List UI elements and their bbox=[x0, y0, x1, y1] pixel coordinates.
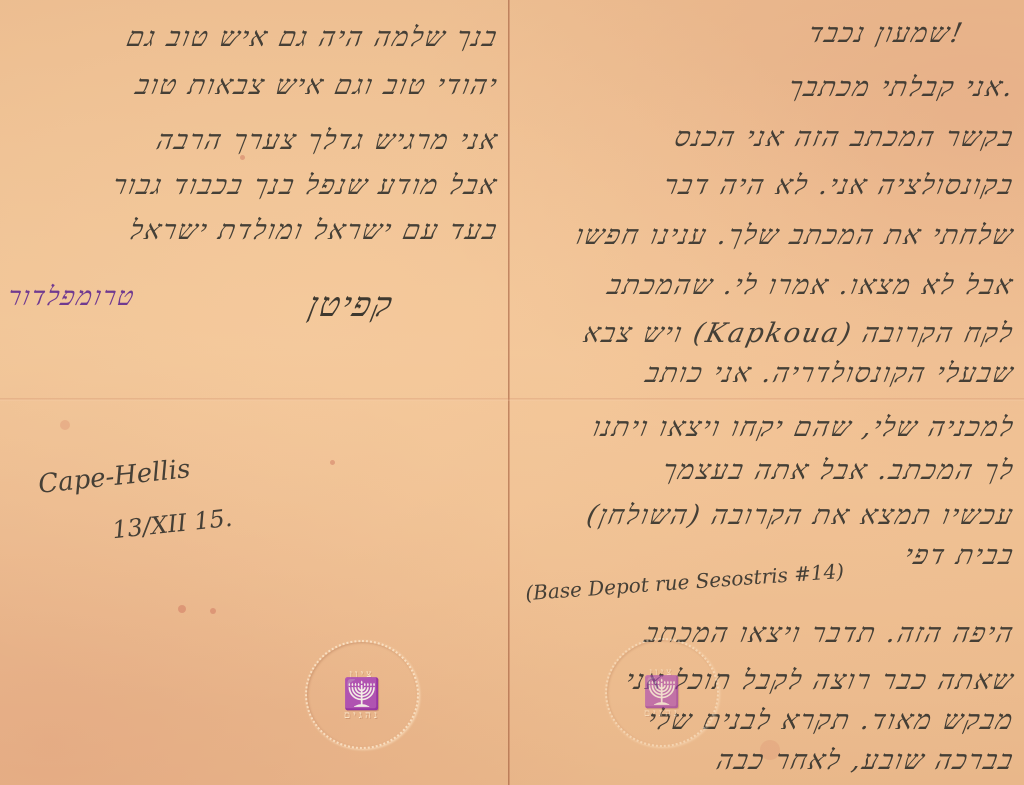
right-page: !שמעון נכבד .אני קבלתי מכתבך בקשר המכתב … bbox=[510, 0, 1024, 785]
letter-line: לך המכתב. אבל אתה בעצמך bbox=[659, 455, 1017, 486]
address-note: (Base Depot rue Sesostris #14) bbox=[525, 559, 845, 605]
letter-line: בקונסולציה אני. לא היה דבר bbox=[661, 170, 1017, 201]
letter-line: אבל לא מצאו. אמרו לי. שהמכתב bbox=[605, 270, 1017, 301]
letter-line: .אני קבלתי מכתבך bbox=[785, 72, 1017, 103]
letter-line: עכשיו תמצא את הקרובה (השולחן) bbox=[584, 500, 1018, 531]
place-name: Cape-Hellis bbox=[37, 454, 192, 500]
letter-line: בעד עם ישראל ומולדת ישראל bbox=[127, 215, 502, 246]
letter-line: שלחתי את המכתב שלך. ענינו חפשו bbox=[573, 220, 1018, 251]
seal-bottom-text: נהגים bbox=[344, 710, 380, 721]
letter-line: בנך שלמה היה גם איש טוב גם bbox=[124, 22, 502, 53]
letter-sheet: בנך שלמה היה גם איש טוב גם יהודי טוב וגם… bbox=[0, 0, 1024, 785]
letter-line: היפה הזה. תדבר ויצאו המכתב bbox=[641, 618, 1017, 649]
embossed-seal: ציון 🕎 נהגים bbox=[305, 640, 419, 749]
letter-date: 13/XII 15. bbox=[111, 504, 234, 544]
signature-trumpeldor: טרומפלדור bbox=[5, 282, 139, 312]
salutation: !שמעון נכבד bbox=[806, 18, 967, 49]
letter-line: בקשר המכתב הזה אני הכנס bbox=[672, 122, 1018, 153]
letter-line: אני מרגיש גדלך צערך הרבה bbox=[153, 125, 501, 156]
letter-line: שבעלי הקונסולדריה. אני כותב bbox=[643, 358, 1018, 389]
seal-bottom-text: נהגים bbox=[644, 708, 680, 719]
letter-line: יהודי טוב וגם איש צבאות טוב bbox=[133, 70, 502, 101]
letter-line: אבל מודע שנפל בנך בכבוד גבור bbox=[110, 170, 501, 201]
letter-line: למכניה שלי, שהם יקחו ויצאו ויתנו bbox=[589, 412, 1017, 443]
embossed-seal: ציון 🕎 נהגים bbox=[605, 638, 719, 747]
letter-line: בבית דפי bbox=[901, 540, 1017, 571]
menorah-icon: 🕎 bbox=[343, 680, 380, 710]
letter-line: בברכה שובע, לאחר כבה bbox=[714, 745, 1018, 776]
menorah-icon: 🕎 bbox=[643, 678, 680, 708]
letter-line: לקח הקרובה (Kapkoua) ויש צבא bbox=[581, 318, 1017, 349]
left-page: בנך שלמה היה גם איש טוב גם יהודי טוב וגם… bbox=[0, 0, 508, 785]
signature-captain: קפיטן bbox=[305, 285, 398, 325]
